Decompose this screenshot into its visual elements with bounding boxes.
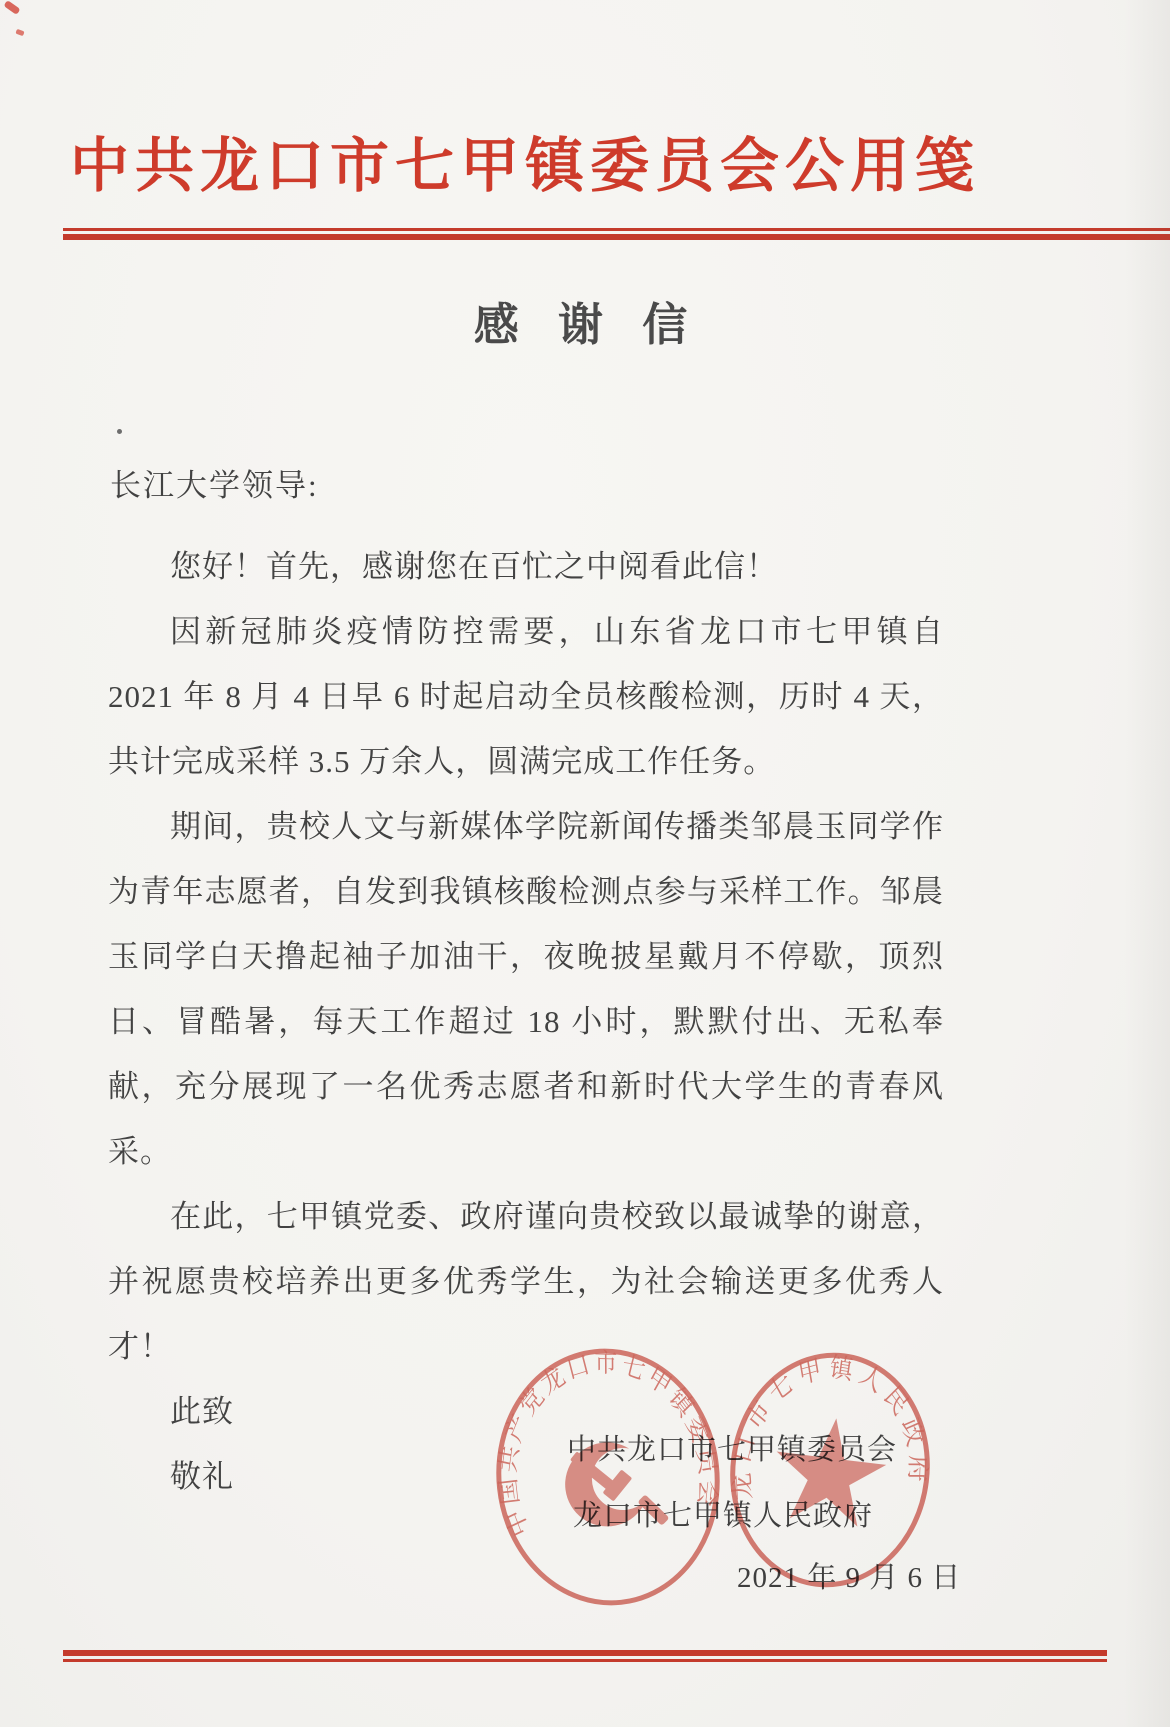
star-icon [769,1412,891,1530]
government-seal: 龙口市七甲镇人民政府 [712,1336,948,1604]
scan-artifact [3,0,20,15]
scan-artifact [15,29,24,36]
header-rule [63,228,1170,240]
scan-artifact [117,429,122,434]
party-committee-seal: 中国共产党龙口市七甲镇委员会 [479,1333,738,1622]
footer-rule [63,1650,1107,1662]
letter-title: 感 谢 信 [0,288,1170,353]
paragraph-testing-campaign: 因新冠肺炎疫情防控需要，山东省龙口市七甲镇自 2021 年 8 月 4 日早 6… [108,599,944,794]
salutation: 长江大学领导: [110,460,319,505]
paragraph-greeting: 您好！首先，感谢您在百忙之中阅看此信！ [108,534,944,599]
hammer-sickle-icon [561,1437,670,1536]
scanned-letter-page: 中共龙口市七甲镇委员会公用笺 感 谢 信 长江大学领导: 您好！首先，感谢您在百… [0,0,1170,1727]
letterhead-title: 中共龙口市七甲镇委员会公用笺 [70,118,1110,203]
paragraph-volunteer-praise: 期间，贵校人文与新媒体学院新闻传播类邹晨玉同学作为青年志愿者，自发到我镇核酸检测… [108,794,944,1184]
